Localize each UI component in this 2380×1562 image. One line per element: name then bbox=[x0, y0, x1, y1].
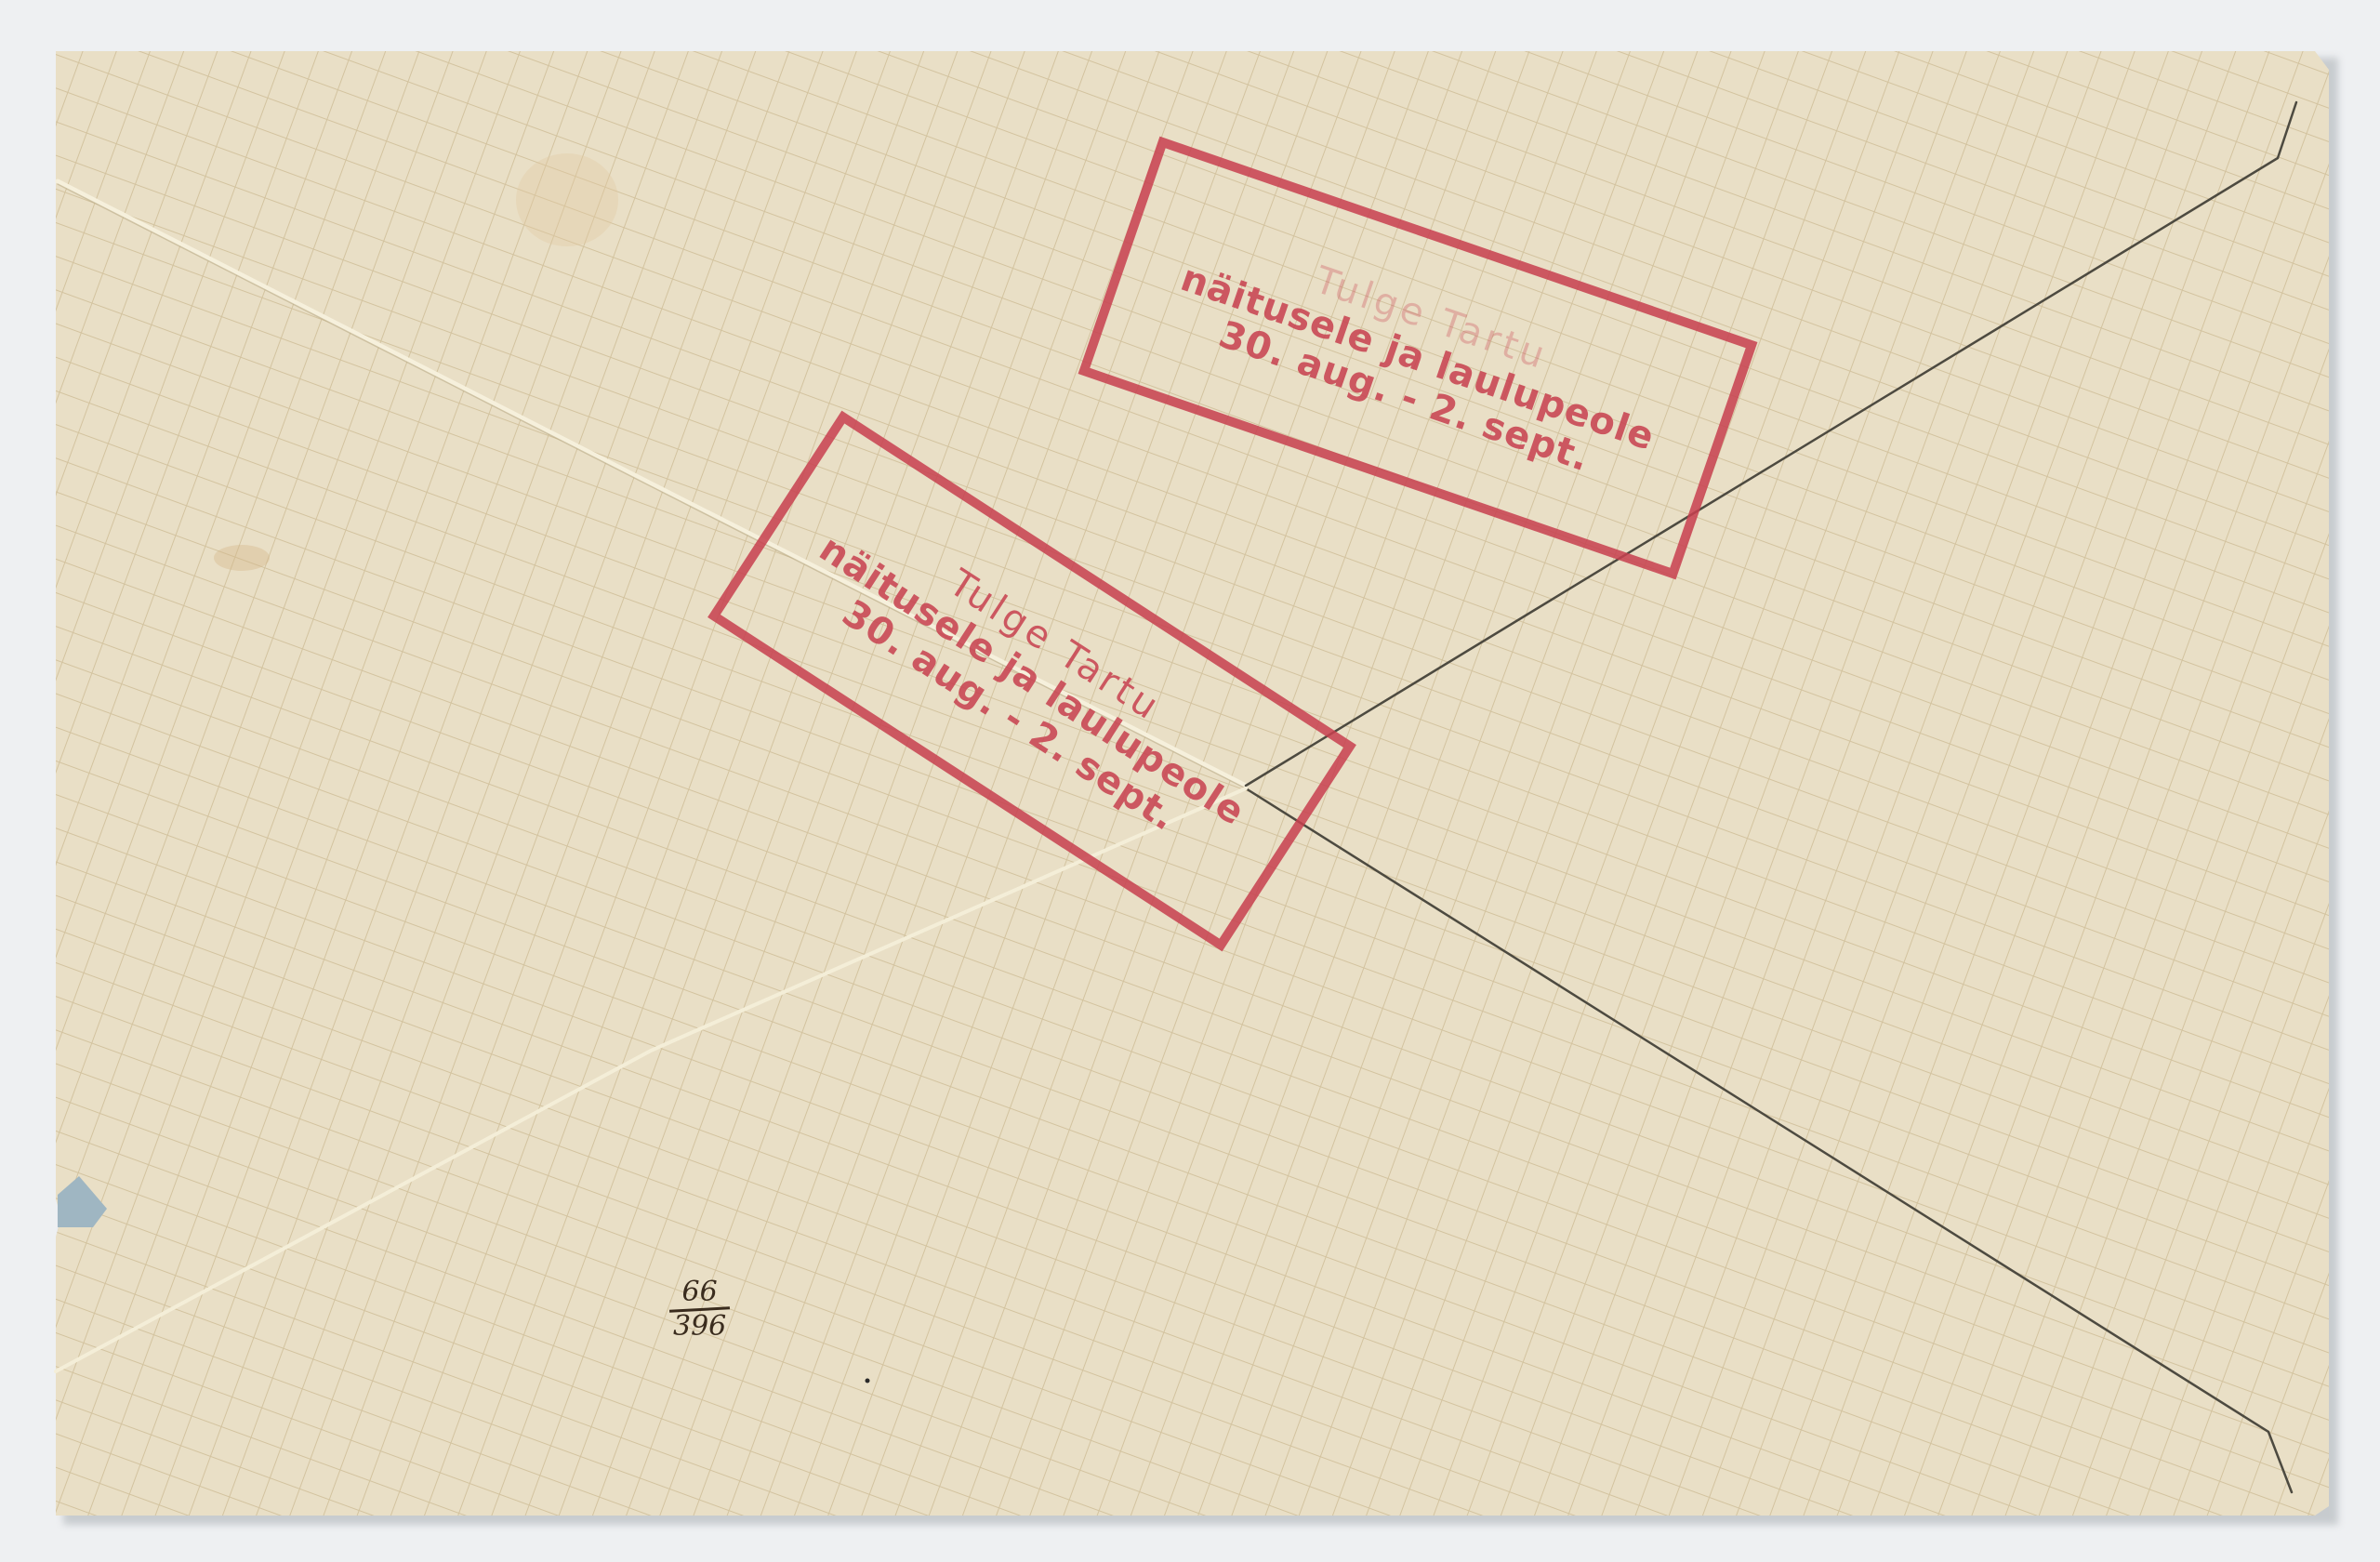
denominator: 396 bbox=[669, 1313, 730, 1341]
numerator: 66 bbox=[669, 1278, 730, 1306]
handwritten-fraction: 66 396 bbox=[669, 1278, 730, 1341]
ink-dot bbox=[866, 1379, 870, 1383]
stain bbox=[214, 545, 270, 571]
stain bbox=[516, 153, 618, 246]
